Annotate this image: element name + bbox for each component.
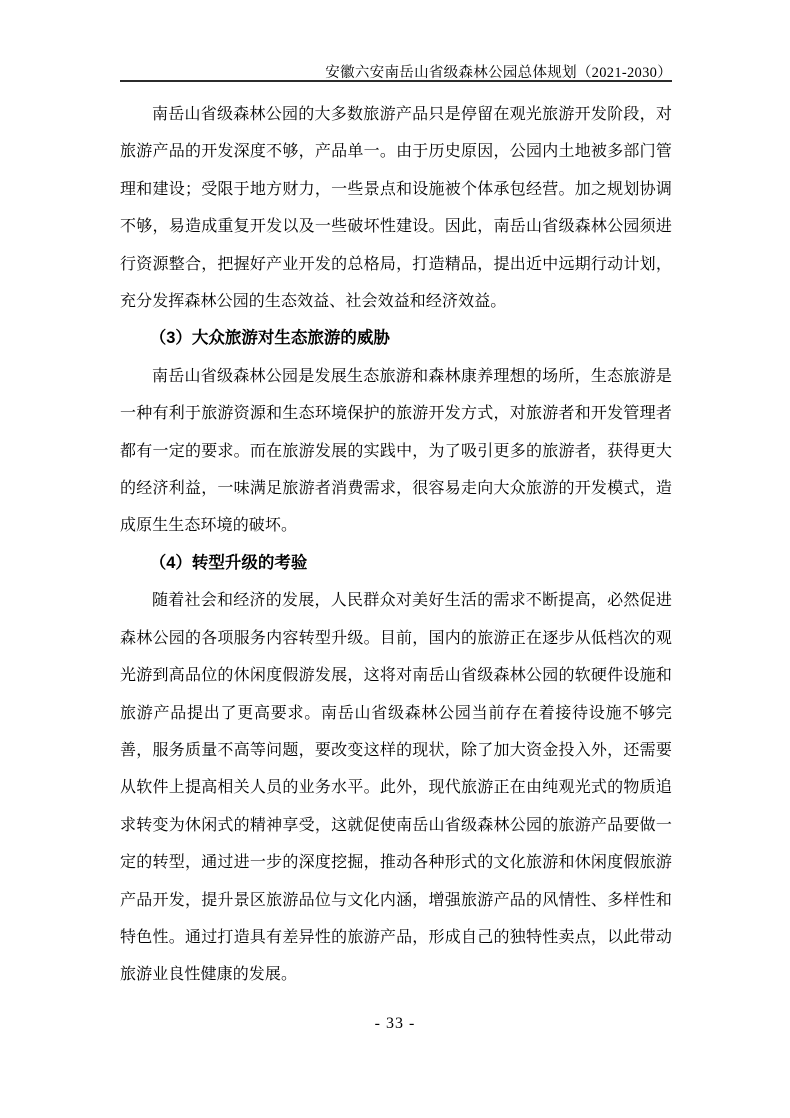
document-body: 南岳山省级森林公园的大多数旅游产品只是停留在观光旅游开发阶段，对旅游产品的开发深… (120, 96, 672, 994)
header-title: 安徽六安南岳山省级森林公园总体规划（2021-2030） (0, 61, 672, 82)
body-paragraph: 南岳山省级森林公园的大多数旅游产品只是停留在观光旅游开发阶段，对旅游产品的开发深… (120, 96, 672, 320)
header-rule (120, 80, 672, 82)
page-footer: - 33 - (0, 1015, 790, 1033)
page-number: - 33 - (375, 1015, 416, 1032)
body-paragraph: 南岳山省级森林公园是发展生态旅游和森林康养理想的场所，生态旅游是一种有利于旅游资… (120, 358, 672, 545)
section-heading: （3）大众旅游对生态旅游的威胁 (120, 320, 672, 357)
body-paragraph: 随着社会和经济的发展，人民群众对美好生活的需求不断提高，必然促进森林公园的各项服… (120, 582, 672, 993)
section-heading: （4）转型升级的考验 (120, 545, 672, 582)
document-page: 安徽六安南岳山省级森林公园总体规划（2021-2030） 南岳山省级森林公园的大… (0, 0, 790, 1118)
